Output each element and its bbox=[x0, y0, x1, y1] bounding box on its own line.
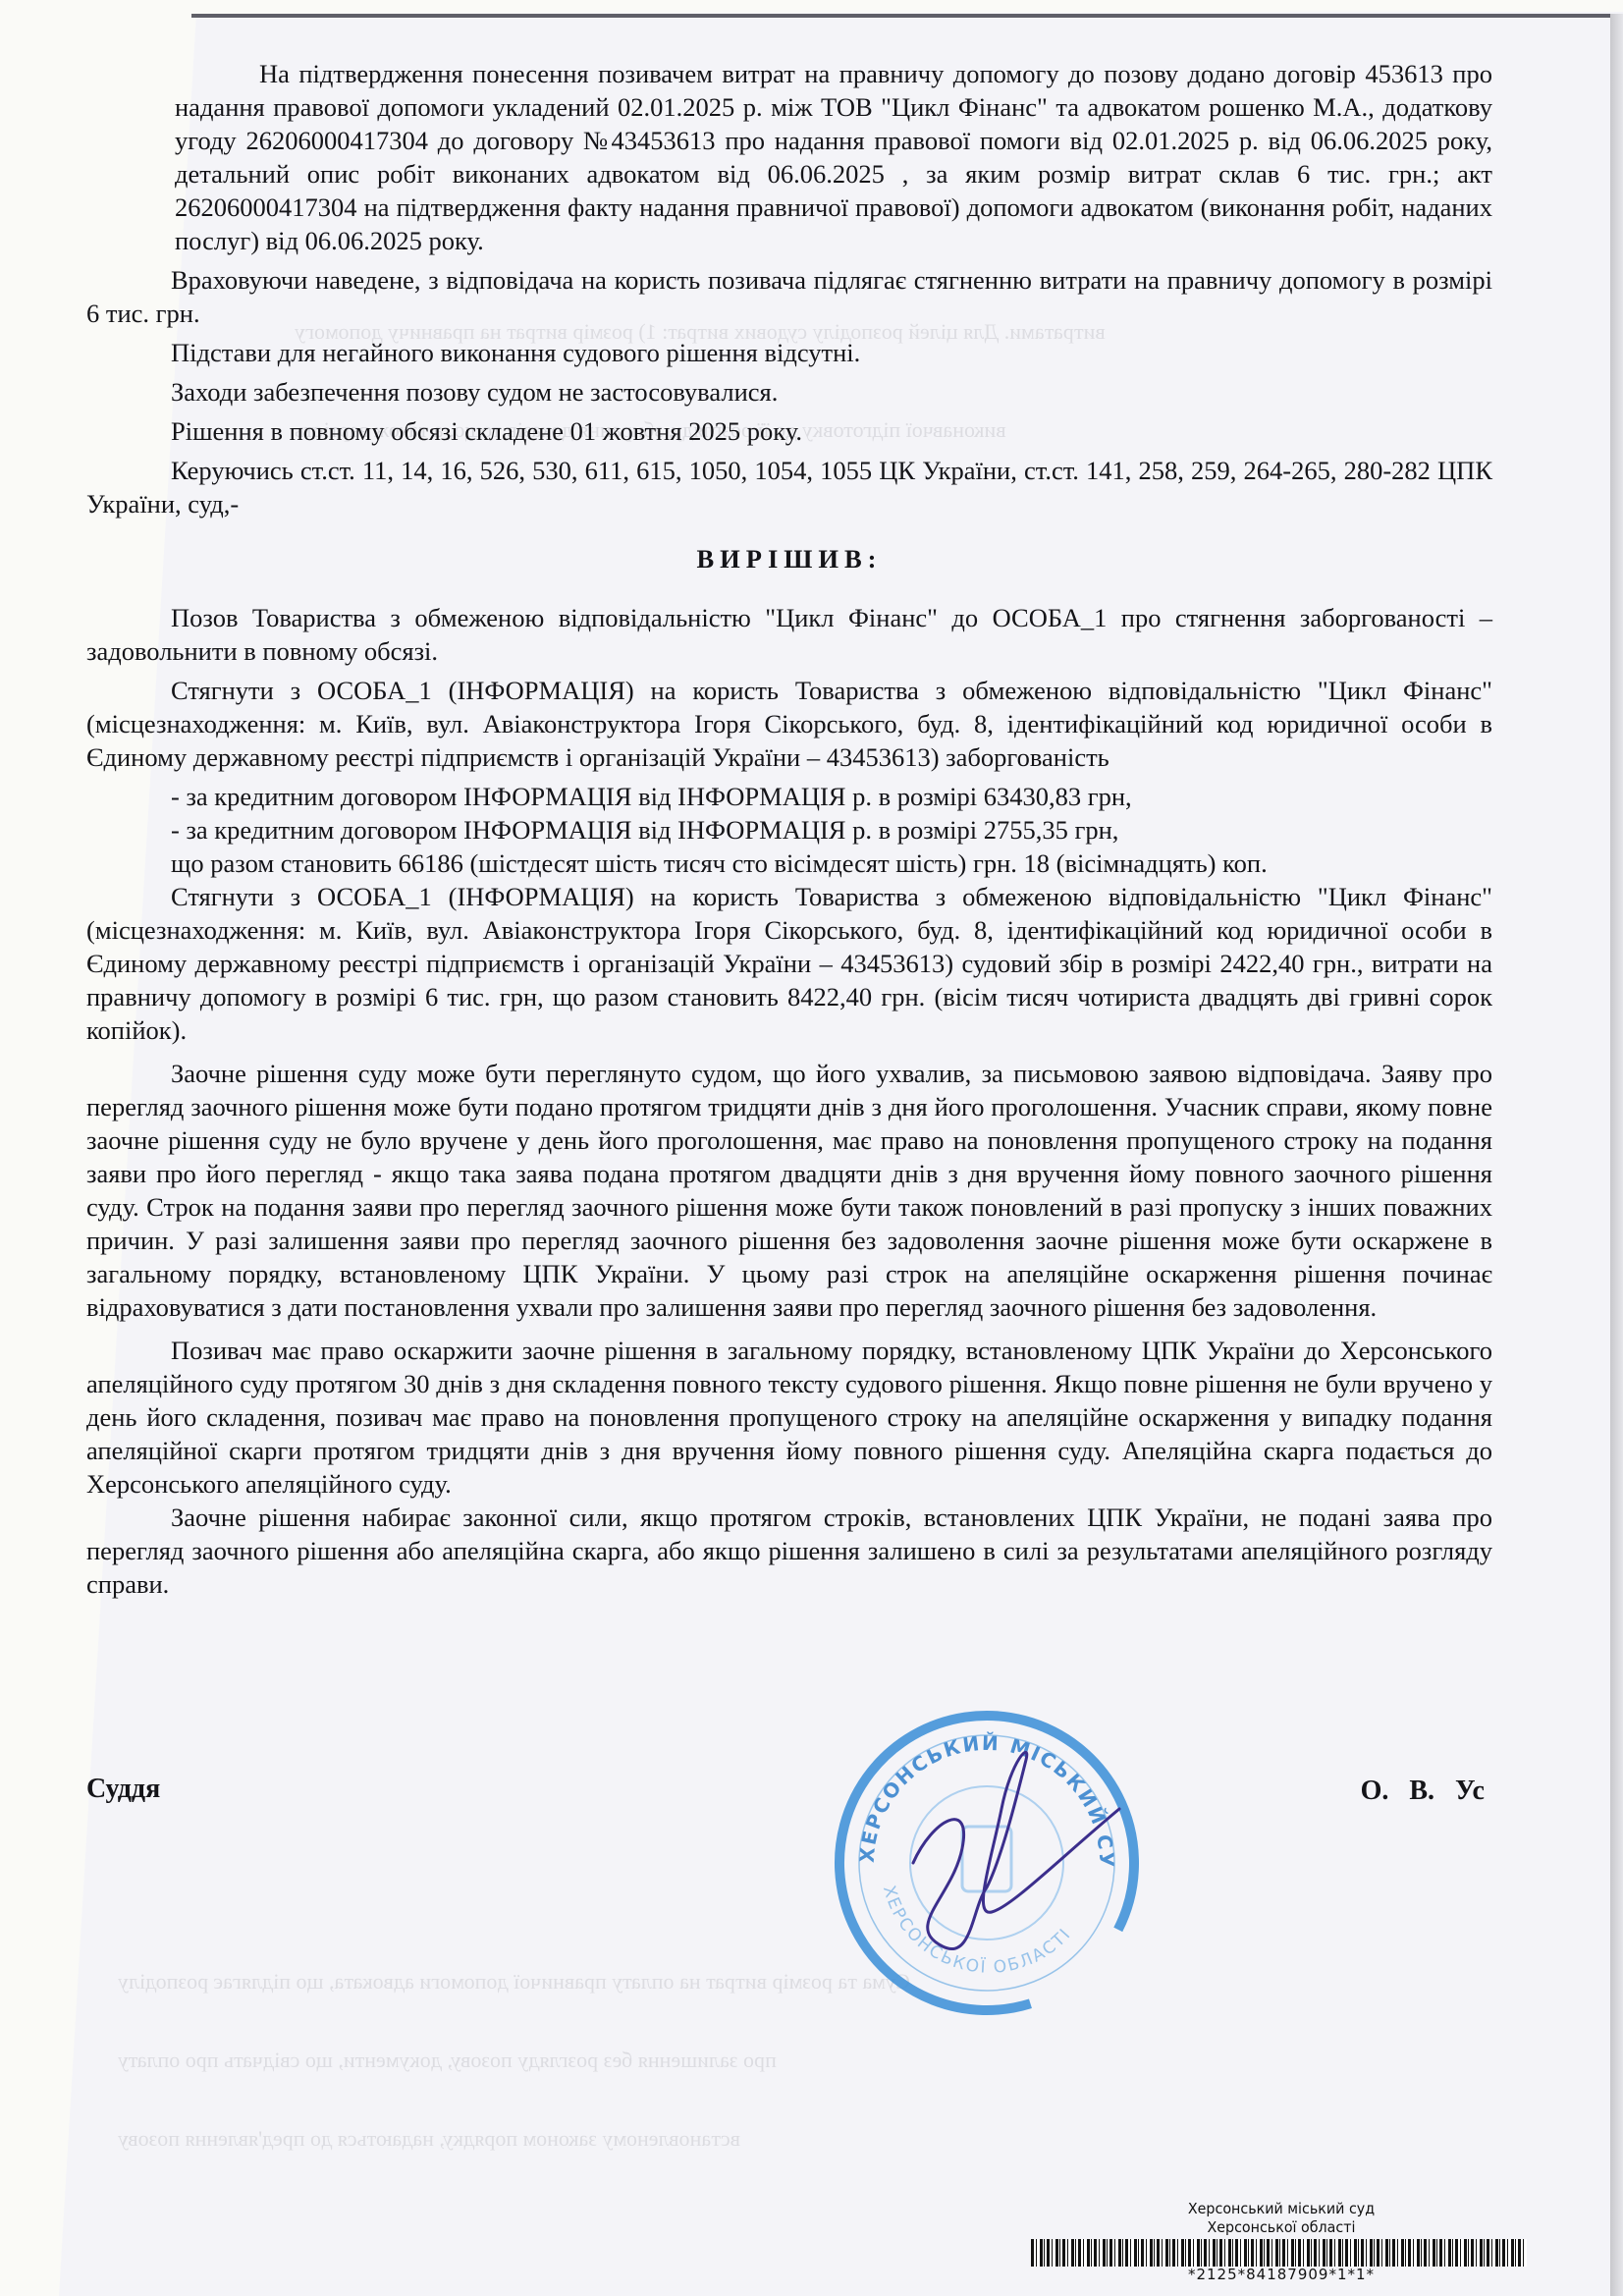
bleed-through-text: Сума та розмір витрат на оплату правничо… bbox=[118, 1964, 910, 1999]
debt-item: - за кредитним договором ІНФОРМАЦІЯ від … bbox=[86, 780, 1492, 813]
debt-item: - за кредитним договором ІНФОРМАЦІЯ від … bbox=[86, 813, 1492, 847]
paragraph-full-decision-date: Рішення в повному обсязі складене 01 жов… bbox=[86, 414, 1492, 448]
debt-total: що разом становить 66186 (шістдесят шіст… bbox=[86, 847, 1492, 880]
paragraph-default-judgment-review: Заочне рішення суду може бути переглянут… bbox=[86, 1057, 1492, 1324]
paragraph-appeal-right: Позивач має право оскаржити заочне рішен… bbox=[86, 1334, 1492, 1501]
barcode-icon bbox=[1031, 2239, 1527, 2267]
paragraph-no-immediate-execution: Підстави для негайного виконання судовог… bbox=[86, 336, 1492, 369]
paragraph-legal-basis: Керуючись ст.ст. 11, 14, 16, 526, 530, 6… bbox=[86, 454, 1492, 520]
decision-heading: ВИРІШИВ: bbox=[86, 542, 1492, 575]
barcode-number: *2125*84187909*1*1* bbox=[1031, 2267, 1532, 2282]
svg-text:ХЕРСОНСЬКИЙ МІСЬКИЙ СУД: ХЕРСОНСЬКИЙ МІСЬКИЙ СУД bbox=[825, 1701, 1118, 1870]
bleed-through-text: встановленому законом порядку, надаються… bbox=[118, 2121, 740, 2157]
paragraph-legal-aid-evidence: На підтвердження понесення позивачем вит… bbox=[175, 57, 1492, 257]
spacer bbox=[86, 1047, 1492, 1057]
paragraph-recover-debt: Стягнути з ОСОБА_1 (ІНФОРМАЦІЯ) на корис… bbox=[86, 674, 1492, 774]
court-footer: Херсонський міський суд Херсонської обла… bbox=[1031, 2200, 1532, 2282]
fold-shadow-edge bbox=[191, 14, 1610, 18]
court-seal-stamp-icon: ХЕРСОНСЬКИЙ МІСЬКИЙ СУД ХЕРСОНСЬКОЇ ОБЛА… bbox=[825, 1701, 1149, 2025]
paragraph-claim-granted: Позов Товариства з обмеженою відповідаль… bbox=[86, 601, 1492, 668]
page-right-edge-shadow bbox=[1610, 14, 1623, 2296]
document-body: На підтвердження понесення позивачем вит… bbox=[86, 57, 1492, 1601]
bleed-through-text: про залишення без розгляду позову, докум… bbox=[118, 2043, 777, 2078]
court-name-line2: Херсонської області bbox=[1051, 2218, 1511, 2237]
paragraph-entry-into-force: Заочне рішення набирає законної сили, як… bbox=[86, 1501, 1492, 1601]
judge-label: Суддя bbox=[86, 1774, 160, 1805]
judge-name: О. В. Ус bbox=[1361, 1776, 1485, 1807]
paragraph-costs-award: Враховуючи наведене, з відповідача на ко… bbox=[86, 263, 1492, 330]
court-name-line1: Херсонський міський суд bbox=[1051, 2200, 1511, 2218]
spacer bbox=[86, 1324, 1492, 1334]
paragraph-no-interim-measures: Заходи забезпечення позову судом не заст… bbox=[86, 375, 1492, 409]
paragraph-recover-court-fee: Стягнути з ОСОБА_1 (ІНФОРМАЦІЯ) на корис… bbox=[86, 880, 1492, 1047]
